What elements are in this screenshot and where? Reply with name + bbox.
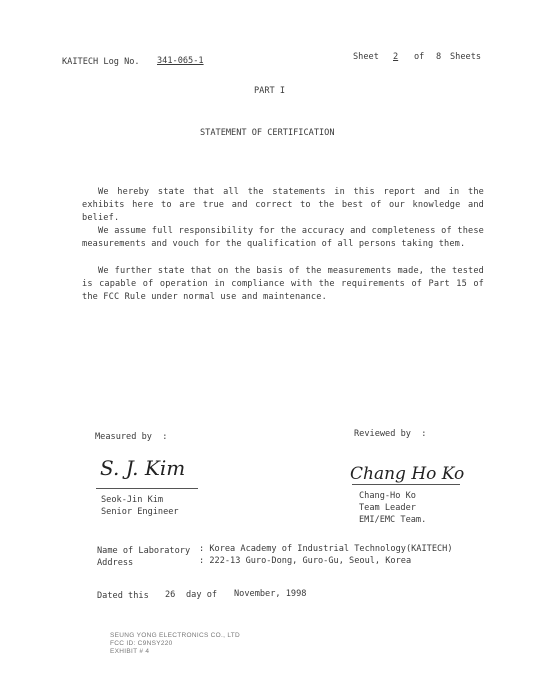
log-number: 341-065-1 <box>157 56 204 66</box>
sheet-label: Sheet <box>353 52 379 62</box>
measured-signature-line <box>96 488 198 489</box>
reviewed-name: Chang-Ho Ko <box>359 491 416 501</box>
measured-by-label: Measured by : <box>95 432 167 442</box>
footer-fcc-id: FCC ID: C9NSY220 <box>110 640 173 648</box>
reviewed-by-label: Reviewed by : <box>354 429 426 439</box>
lab-name-label: Name of Laboratory <box>97 546 190 556</box>
total-sheets: 8 <box>436 52 441 62</box>
lab-name-value: : Korea Academy of Industrial Technology… <box>199 544 453 554</box>
log-label: KAITECH Log No. <box>62 57 140 67</box>
lab-address-label: Address <box>97 558 133 568</box>
reviewed-team: EMI/EMC Team. <box>359 515 426 525</box>
footer-exhibit: EXHIBIT # 4 <box>110 648 149 656</box>
measured-signature: S. J. Kim <box>100 456 185 480</box>
document-title: STATEMENT OF CERTIFICATION <box>200 128 335 138</box>
sheets-label: Sheets <box>450 52 481 62</box>
dated-day: 26 <box>165 590 175 600</box>
paragraph-2: We assume full responsibility for the ac… <box>82 225 484 251</box>
dated-middle: day of <box>186 590 217 600</box>
measured-name: Seok-Jin Kim <box>101 495 163 505</box>
dated-month-year: November, 1998 <box>234 589 306 599</box>
part-heading: PART I <box>254 86 285 96</box>
dated-prefix: Dated this <box>97 591 149 601</box>
footer-company: SEUNG YONG ELECTRONICS CO., LTD <box>110 632 240 640</box>
lab-address-value: : 222-13 Guro-Dong, Guro-Gu, Seoul, Kore… <box>199 556 411 566</box>
of-label: of <box>414 52 424 62</box>
paragraph-1: We hereby state that all the statements … <box>82 186 484 225</box>
sheet-number: 2 <box>393 52 398 62</box>
paragraph-3: We further state that on the basis of th… <box>82 265 484 304</box>
reviewed-title: Team Leader <box>359 503 416 513</box>
reviewed-signature: Chang Ho Ko <box>350 464 464 484</box>
reviewed-signature-line <box>352 484 460 485</box>
measured-title: Senior Engineer <box>101 507 179 517</box>
